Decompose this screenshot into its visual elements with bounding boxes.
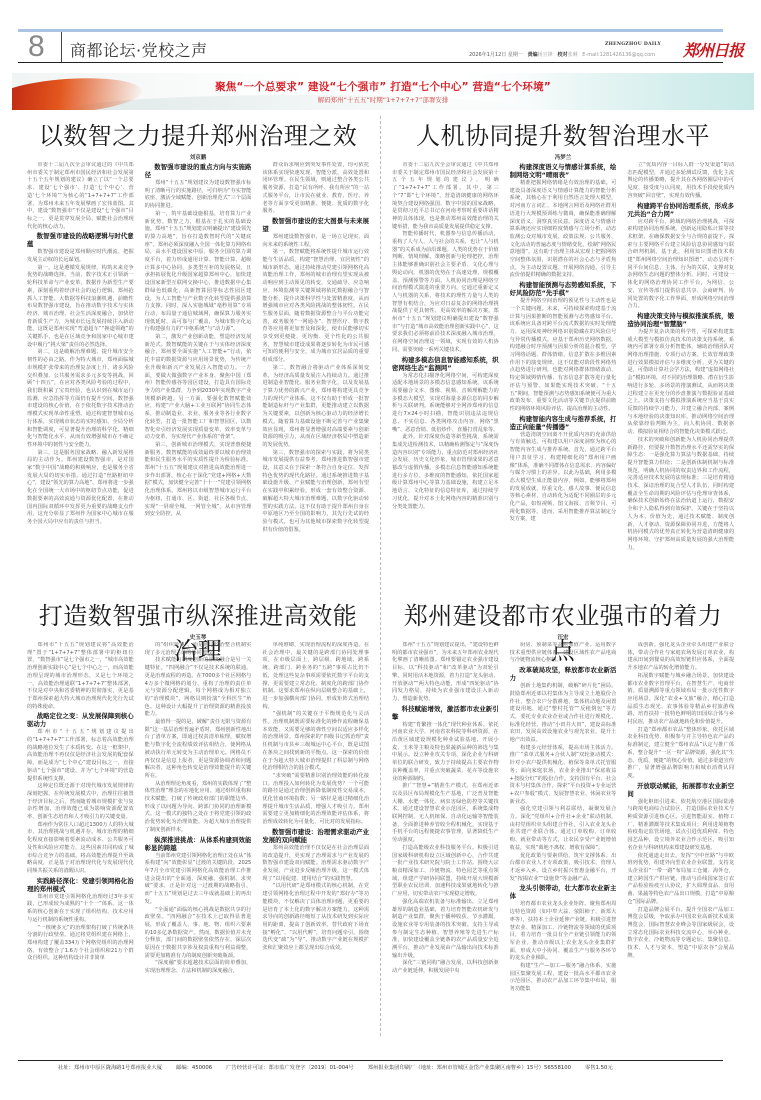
article-subhead: 龙头引领带动，壮大都市农业新主体 bbox=[510, 884, 617, 900]
article-body: 郑州“十五五”规划建议提出，“建设特色鲜明的都市农业强市”，为未来五年郑州农业现… bbox=[392, 642, 734, 1057]
header-rule bbox=[18, 29, 723, 32]
article-column: 单纯堆砌，实现治理流程的深度再造。在社会治理中，最关键的是跨部门协同处理事项，在… bbox=[262, 642, 369, 1057]
article-paragraph: 第二，这是破解治理难题、提升城市安全韧性的必由之路。作为特大城市，郑州面临城市规… bbox=[27, 349, 134, 449]
article-paragraph: 构建“生产—加工—服务”融合体系。实施园区集聚发展工程，建设一批高水平都市农业示… bbox=[510, 963, 617, 994]
article-paragraph: 此外，针对深度伪造等新型挑战，系统需集成先进检测技术，以精确检测鉴定与“深度伪造… bbox=[392, 434, 499, 511]
article-subhead: 数智强市建设的战略逻辑与时代意蕴 bbox=[27, 232, 134, 248]
topic-banner: 聚焦“一个总要求” 建设“七个强市” 打造“七个中心” 营造“七个环境” 解码郑… bbox=[12, 73, 754, 110]
article-headline: 以数智之力提升郑州治理之效 bbox=[27, 116, 369, 151]
article-subhead: 纵深推进挑战：从体系构建到效能彰显的跨越 bbox=[145, 836, 252, 852]
article-subhead: 战略定位之变：从发展保障到核心驱动力 bbox=[27, 712, 134, 728]
article-paragraph: 市委十二届九次全会审议通过的《中共郑州市委关于制定郑州市国民经济和社会发展第十五… bbox=[27, 162, 134, 231]
banner-headline: 聚焦“一个总要求” 建设“七个强市” 打造“七个中心” 营造“七个环境” bbox=[12, 79, 754, 94]
editor-label: 责编 bbox=[528, 52, 538, 58]
article-column: 厨房、预制菜等高附加值产业。运用数字技术重塑供应链体系，建设区域性农产品电商与冷… bbox=[510, 642, 617, 1057]
article-human-machine: 人机协同提升数智治理水平 冯梦兰 市委十二届九次全会审议通过《中共郑州市委关于制… bbox=[392, 112, 734, 562]
article-paragraph: 最值得一提的是，破解“责任无限与资源有限”这一基层治理普遍矛盾时，郑州创新性地出… bbox=[145, 719, 252, 781]
article-subhead: 数智强市建设的宏大图景与未来展望 bbox=[262, 217, 369, 233]
article-column: 构建深度语义与情感计算系统，绘制网络文明“晴雨表”精准把握网络情绪是有效治理的基… bbox=[510, 162, 617, 562]
article-paragraph: 立“优质内容一目标人群一分发渠道”的动态匹配模型，并通过多轮测试反馈，优化主流舆… bbox=[627, 162, 734, 201]
article-column: 市委十二届九次全会审议通过《中共郑州市委关于制定郑州市国民经济和社会发展第十五个… bbox=[392, 162, 499, 562]
article-body: 郑州市“十五五”规划建议将“高效能治理”置于“1+7+7+7”整体部署中的枢纽位… bbox=[27, 642, 369, 1057]
article-paragraph: 群众诉求响应到突发事件处置，均可依托该体系实现快速发现、智能分派、高效处置和闭环… bbox=[262, 162, 369, 216]
article-subhead: 改革破局攻坚，释放都市农业新活力 bbox=[510, 666, 617, 682]
article-paragraph: “全面通”面临的核心挑战是数据共享的行政壁垒。“四网融合”在技术上已取得显著进展… bbox=[145, 907, 252, 961]
article-paragraph: 从治理理论角度看，郑州的实践体现了“整体性治理”理念的在地化应用。通过组织重构和… bbox=[145, 781, 252, 835]
footer-address: 社址：郑州市中原区陇海路1号郑州报业大厦 bbox=[58, 1063, 162, 1071]
article-paragraph: 强化枢纽引进来。依托航空港区国际陆港与跨境电商综合试验区，打造国际农业技术与种质… bbox=[627, 799, 734, 853]
article-paragraph: 打造“郑州都市农品”整体形象。依托区域农业科技优势，积极参与并主导特色农产品的标… bbox=[627, 727, 734, 781]
article-paragraph: 厨房、预制菜等高附加值产业。运用数字技术重塑供应链体系，建设区域性农产品电商与冷… bbox=[510, 642, 617, 665]
article-subhead: 构建跨平台协同治理系统，形成多元共治“合力网” bbox=[627, 202, 734, 218]
article-byline: 冯梦兰 bbox=[392, 153, 734, 161]
article-subhead: 实践路径深化：党建引领网格化治理的郑州模式 bbox=[27, 877, 134, 893]
article-paragraph: 郑州“十五五”规划建议为建设数智强市标明了清晰可行的实施路径，可归纳为“夯实智能… bbox=[145, 180, 252, 211]
banner-subline: 解码郑州“十五五”时期“1+7+7+7”部署安排 bbox=[12, 95, 754, 104]
article-headline: 人机协同提升数智治理水平 bbox=[392, 116, 734, 151]
article-paragraph: 郑州作为常住人口超过1300万人的特大城市，其治理挑战与机遇并存。城市治理的精细… bbox=[27, 822, 134, 876]
article-paragraph: 当前郑州党建引领网格化治理正处在从“体系构建”向“效能彰显”过渡的关键阶段。20… bbox=[145, 853, 252, 907]
zhengzhou-daily-logo: 郑州日报 bbox=[683, 38, 743, 61]
email: E-mail:1281426136@qq.com bbox=[582, 52, 655, 58]
section-title: 商都论坛·党校之声 bbox=[70, 38, 208, 61]
article-paragraph: “强机制”的关键在于平衡规范化与灵活性。治理机制既需要标准化的操作流程确保基本效… bbox=[262, 711, 369, 773]
article-paragraph: 应对跨平台、跨域的网络治理挑战，可探索构建协同治理系统。创新运用隐私计算等技术框… bbox=[627, 219, 734, 311]
article-paragraph: 强化高端农机装备与标准输出。立足郑州雄厚的制造业基础，着力培育智能农机研发与制造… bbox=[392, 899, 499, 961]
proof-label: 校对 bbox=[557, 52, 567, 58]
article-paragraph: 精准把握网络情绪是有效治理的基础。可建设具备深度语义与情感计算能力的智能分析系统… bbox=[510, 180, 617, 280]
article-paragraph: 郑州“十五五”规划建议提出，“建设特色鲜明的都市农业强市”，为未来五年郑州农业现… bbox=[392, 642, 499, 704]
article-paragraph: 郑州市“十五五”规划建议将“高效能治理”置于“1+7+7+7”整体部署中的枢纽位… bbox=[27, 642, 134, 711]
footer-postcode: 邮编：450006 bbox=[176, 1063, 212, 1071]
article-subhead: 科技赋能增效，激活都市农业新引擎 bbox=[392, 705, 499, 721]
footer-price: 零售1.50元 bbox=[585, 1063, 613, 1071]
page-number: 8 bbox=[28, 31, 45, 63]
editor-name: 杨宣锋 bbox=[538, 52, 553, 58]
article-paragraph: 智能传播时代，机器参与信息传播活动，重构了人与人、人与社会的关系，也让“人与机器… bbox=[392, 231, 499, 354]
article-paragraph: 提升网络空间治理的预见性与主动性也是一个关键问题。未来，可持续探索构建基于流计算… bbox=[510, 298, 617, 414]
article-paragraph: “一核统多元”的治理架构打破了传统条块分割的行政壁垒。通过将党组织建在网格上，郑… bbox=[27, 925, 134, 964]
article-column: 立“优质内容一目标人群一分发渠道”的动态匹配模型，并通过多轮测试反馈，优化主流舆… bbox=[627, 162, 734, 562]
article-digital-governance: 以数智之力提升郑州治理之效 刘京鹏 市委十二届九次全会审议通过的《中共郑州市委关… bbox=[27, 112, 369, 562]
article-subhead: 构建多模态信息智能感知系统，织密网络生态“监测网” bbox=[392, 356, 499, 372]
article-paragraph: 第一，数智赋能将系统性提升城市运行效能与生活品质，构建“智慧治理、宜居韧性”的城… bbox=[262, 249, 369, 365]
article-byline: 汪宏 bbox=[392, 633, 734, 641]
article-paragraph: 培育都市农业龙头企业矩阵。聚焦郑州周边特色资源（如中牟大蒜、荥阳柿子、新郑大枣等… bbox=[510, 901, 617, 963]
article-paragraph: 优化政策与要素供给，筑牢支撑体系。出台都市农业人才专项政策，吸引技术、管理人才返… bbox=[510, 853, 617, 884]
article-subhead: 构建智能预测与态势感知系统，下好风险防范“先手棋” bbox=[510, 281, 617, 297]
article-paragraph: “以用代研”是郑州模式的核心机制。在党建引领网格化治理过程中开发的“郑好办”等功… bbox=[262, 883, 369, 952]
article-paragraph: 构建“育繁推一体化”现代种业体系。依托河南农业大学、河南省农科院等科研资源，在沿… bbox=[392, 722, 499, 784]
article-paragraph: 打造品牌会展平台。提升全国农产品加工博览会层级，争取承办中国农业高新技术成果博览… bbox=[627, 907, 734, 961]
article-paragraph: 强化党建引领与利益联结，凝聚发展合力。深化“党组织+合作社+企业”联动机制，由村… bbox=[510, 806, 617, 852]
article-paragraph: 的“组织延伸”，而是通过政治整合机制实现了多元治理主体的协同增效。 bbox=[145, 642, 252, 657]
article-paragraph: 第一，这是遵循发展规律、构筑未来竞争优势的战略选择。当前，数字技术正引领新一轮科… bbox=[27, 265, 134, 350]
footer-ad-license: 广告经营许可证：郑市监广发登字〔2019〕01-004号 bbox=[226, 1063, 354, 1071]
article-byline: 刘京鹏 bbox=[27, 153, 369, 161]
article-efficient-governance: 打造数智强市纵深推进高效能治理 史玉琴 郑州市“十五五”规划建议将“高效能治理”… bbox=[27, 610, 369, 1060]
footer-printer: 郑州报业集团印刷厂（地址：郑州市管城区金岱产业集聚区南曹乡）15号）565581… bbox=[368, 1063, 571, 1071]
article-paragraph: 郑州高效能治理不仅仅是在社会治理层面的改造提升，更实现了治理需求与产业发展的数智… bbox=[262, 845, 369, 884]
article-body: 市委十二届九次全会审议通过的《中共郑州市委关于制定郑州市国民经济和社会发展第十五… bbox=[27, 162, 369, 562]
article-column: 群众诉求响应到突发事件处置，均可依托该体系实现快速发现、智能分派、高效处置和闭环… bbox=[262, 162, 369, 562]
article-paragraph: 技术赋能与制度创新的深度融合是另一关键特征。“四网融合”不仅是技术系统的联通，更… bbox=[145, 657, 252, 719]
article-column: 成创新。强化龙头企业牵头组建产业联合体，带动合作社与家庭农场发展订单农业，构建从… bbox=[627, 642, 734, 1057]
article-paragraph: 为常态化扫描净化网络空间，可构建深度适配本地场景的多模态信息感知系统。该系统需要… bbox=[392, 373, 499, 435]
article-paragraph: 营造清朗空间离不开优质内容的充沛供给与有效触达。可构建以用户深度洞察为核心的智能… bbox=[510, 432, 617, 524]
article-paragraph: 拓展数字赋能与城乡融合场景。加快建设都市农业数字管理平台，在智慧生产、电商营销、… bbox=[627, 673, 734, 727]
article-column: 郑州“十五五”规划建议提出，“建设特色鲜明的都市农业强市”，为未来五年郑州农业现… bbox=[392, 642, 499, 1057]
article-paragraph: 技术的突破和创新能为人机协同治理提供新路径，但要提升数智治理水平还需坚实的保障生… bbox=[627, 437, 734, 553]
article-paragraph: “求突破”需要精准识别治理效能的转化接口。治理投入如何转化为发展优势？一个可能的… bbox=[262, 773, 369, 827]
article-subhead: 构建智能内容生成与推荐系统，打造正向能量“传播器” bbox=[510, 415, 617, 431]
article-paragraph: 第一，筑牢基础设施根基，培育算力产业新优势。数智之力，根基在于扎实的基础设施。郑… bbox=[145, 211, 252, 334]
article-paragraph: 数智强市建设是郑州顺应时代潮流、把握发展主动权的长远谋划。 bbox=[27, 249, 134, 264]
article-paragraph: 第三，创新城市治理模式，实现普惠便捷新服务。数智赋能的成效最终要以城市治理效能和… bbox=[145, 442, 252, 519]
article-paragraph: 构建多元经营体系，提高市场主体活力。推广“菜单式服务+合伙人制”双轮驱动模式：针… bbox=[510, 745, 617, 807]
column-divider bbox=[380, 116, 381, 1036]
article-paragraph: 第三，这是服务国家战略、融入新发展格局的主动作为。郑州建设数智强市，是对国家“数… bbox=[27, 450, 134, 527]
article-paragraph: 第二，激发产业创新动能，塑造经济发展新范式。数智赋能的关键在于与实体经济深度融合… bbox=[145, 334, 252, 442]
article-paragraph: 这种定位既迁源于对现代城市发展规律的深刻把握。在传统发展模式中，治理往往被置于经… bbox=[27, 783, 134, 822]
article-paragraph: 第三，数智强市的探索与实践，将为同类城市发展提供有益参考。郑州推进数智强市建设，… bbox=[262, 450, 369, 535]
article-subhead: 开放联动赋能，拓展都市农业新空间 bbox=[627, 782, 734, 798]
article-paragraph: 打造高能级农业科技服务平台。积极引进国家级科研机构设立区域创新中心，合作共建一批… bbox=[392, 845, 499, 899]
article-paragraph: 市委十二届九次全会审议通过《中共郑州市委关于制定郑州市国民经济和社会发展第十五个… bbox=[392, 162, 499, 231]
article-subhead: 构建深度语义与情感计算系统，绘制网络文明“晴雨表” bbox=[510, 163, 617, 179]
article-body: 市委十二届九次全会审议通过《中共郑州市委关于制定郑州市国民经济和社会发展第十五个… bbox=[392, 162, 734, 562]
article-column: 市委十二届九次全会审议通过的《中共郑州市委关于制定郑州市国民经济和社会发展第十五… bbox=[27, 162, 134, 562]
paper-name-en: ZHENGZHOU DAILY bbox=[605, 42, 661, 47]
article-paragraph: 依托通道走出去。发挥“空中丝路”与中欧班列优势，组建外向型农业企业联盟。支持龙头… bbox=[627, 853, 734, 907]
article-column: 郑州市“十五五”规划建议将“高效能治理”置于“1+7+7+7”整体部署中的枢纽位… bbox=[27, 642, 134, 1057]
issue-date: 2026年1月12日 星期一 bbox=[469, 52, 523, 58]
article-urban-agriculture: 郑州建设都市农业强市的着力点 汪宏 郑州“十五五”规划建议提出，“建设特色鲜明的… bbox=[392, 610, 734, 1060]
article-byline: 史玉琴 bbox=[27, 633, 369, 641]
article-paragraph: 为提升复杂决策的科学性，可探索构建集成大模型与模拟仿真技术的决策支持系统。系统内… bbox=[627, 329, 734, 437]
article-paragraph: 深化“三链同构”融合发展，以科技创新驱动产业链延伸，积极发展中央 bbox=[392, 960, 499, 975]
proofreader-name: 张琳 bbox=[567, 52, 577, 58]
article-paragraph: 推广“智慧+”精准生产模式。在郑州近郊以及县区布局规模化生产基地，广泛普及智能大… bbox=[392, 783, 499, 845]
article-subhead: 数智强市建设的重点方向与实施路径 bbox=[145, 163, 252, 179]
header-baseline bbox=[18, 62, 723, 63]
article-column: 的“组织延伸”，而是通过政治整合机制实现了多元治理主体的协同增效。技术赋能与制度… bbox=[145, 642, 252, 1057]
article-column: 数智强市建设的重点方向与实施路径郑州“十五五”规划建议为建设数智强市标明了清晰可… bbox=[145, 162, 252, 562]
article-paragraph: “深度融”要求超越技术层面的简单叠加，实现治理理念、方法和机制的深度融合， bbox=[145, 960, 252, 975]
article-subhead: 数智强市建设：治理需求驱动产业发展的双向赋能 bbox=[262, 828, 369, 844]
article-paragraph: 郑州市“十五五”规划建议提出的“1+7+7+7”工作部署，标志着高效能治理的战略… bbox=[27, 729, 134, 783]
footer-rule bbox=[18, 1060, 723, 1061]
article-paragraph: 成创新。强化龙头企业牵头组建产业联合体，带动合作社与家庭农场发展订单农业，构建从… bbox=[627, 642, 734, 673]
article-paragraph: 第二，数智融合将驱动产业体系深刻变革，为经济高质量发展注入持续动力。通过推进制造… bbox=[262, 365, 369, 450]
article-paragraph: 创新土地集约机制，破解“碎片化”困局。鼓励郑州近郊以村集体为主导成立土地股份合作… bbox=[510, 683, 617, 745]
article-paragraph: 单纯堆砌，实现治理流程的深度再造。在社会治理中，最关键的是跨部门协同处理事项，在… bbox=[262, 642, 369, 711]
article-subhead: 构建决策支持与模拟推演系统，锻造协同治理“智慧脑” bbox=[627, 312, 734, 328]
page-footer: 社址：郑州市中原区陇海路1号郑州报业大厦 邮编：450006 广告经营许可证：郑… bbox=[58, 1063, 613, 1071]
header-divider bbox=[61, 32, 62, 62]
article-paragraph: 郑州建设数智强市，是一场立足现实、面向未来的系统性工程。 bbox=[262, 234, 369, 249]
issue-meta: 2026年1月12日 星期一 责编杨宣锋 校对张琳 E-mail:1281426… bbox=[469, 51, 655, 58]
article-paragraph: 郑州市党建引领网格化治理经过3年多实践，已形成较为成熟的“十个一”体系。这一体系… bbox=[27, 894, 134, 925]
